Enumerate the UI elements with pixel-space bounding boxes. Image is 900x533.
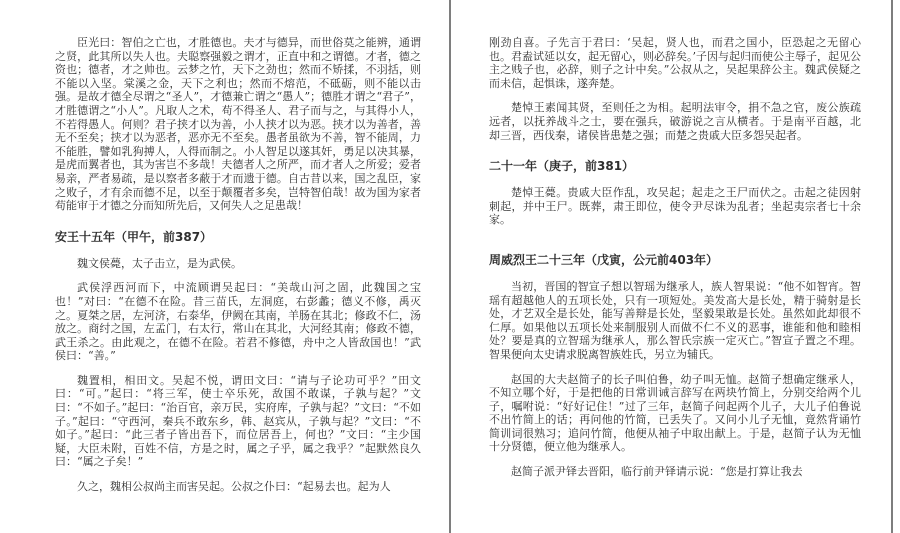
body-paragraph-wenhou-death: 魏文侯薨，太子击立，是为武侯。 — [55, 257, 421, 271]
right-page: 刚劲自喜。子先言于君曰：‘吴起，贤人也，而君之国小，臣恐起之无留心也。君盍试延以… — [489, 0, 861, 533]
left-page: 臣光曰：智伯之亡也，才胜德也。夫才与德异，而世俗莫之能辨，通谓之贤，此其所以失人… — [55, 0, 421, 533]
chapter-heading-year-21: 二十一年（庚子，前381） — [489, 159, 861, 173]
body-paragraph-gongshu-continued: 刚劲自喜。子先言于君曰：‘吴起，贤人也，而君之国小，臣恐起之无留心也。君盍试延以… — [489, 36, 861, 90]
book-spread: 臣光曰：智伯之亡也，才胜德也。夫才与德异，而世俗莫之能辨，通谓之贤，此其所以失人… — [0, 0, 900, 533]
body-paragraph-sima-guang-commentary: 臣光曰：智伯之亡也，才胜德也。夫才与德异，而世俗莫之能辨，通谓之贤，此其所以失人… — [55, 36, 421, 213]
body-paragraph-gongshu-start: 久之，魏相公叔尚主而害吴起。公叔之仆曰：“起易去也。起为人 — [55, 480, 421, 494]
chapter-heading-weiliewang-23: 周威烈王二十三年（戊寅，公元前403年） — [489, 253, 861, 267]
body-paragraph-zhaojianzi-translation: 赵国的大夫赵简子的长子叫伯鲁，幼子叫无恤。赵简子想确定继承人，不知立哪个好，于是… — [489, 373, 861, 455]
chapter-heading-anwang-15: 安王十五年（甲午，前387） — [55, 230, 421, 244]
right-page-edge-border — [891, 0, 893, 533]
body-paragraph-tianwen-dialogue: 魏置相，相田文。吴起不悦，谓田文曰：“请与子论功可乎？”田文曰：“可。”起曰：“… — [55, 374, 421, 469]
page-divider — [449, 0, 451, 533]
body-paragraph-zhixuanzi-translation: 当初，晋国的智宣子想以智瑶为继承人，族人智果说：“他不如智宵。智瑶有超越他人的五… — [489, 280, 861, 362]
body-paragraph-yinduo-translation: 赵简子派尹铎去晋阳，临行前尹铎请示说：“您是打算让我去 — [489, 465, 861, 479]
body-paragraph-wuhou-river: 武侯浮西河而下，中流顾谓吴起曰：“美哉山河之固，此魏国之宝也！”对曰：“在德不在… — [55, 281, 421, 363]
body-paragraph-chu-daowang: 楚悼王素闻其贤，至则任之为相。起明法审令，捐不急之官，废公族疏远者，以抚养战斗之… — [489, 101, 861, 142]
body-paragraph-daowang-death: 楚悼王薨。贵戚大臣作乱，攻吴起；起走之王尸而伏之。击起之徒因射刺起，并中王尸。既… — [489, 186, 861, 227]
